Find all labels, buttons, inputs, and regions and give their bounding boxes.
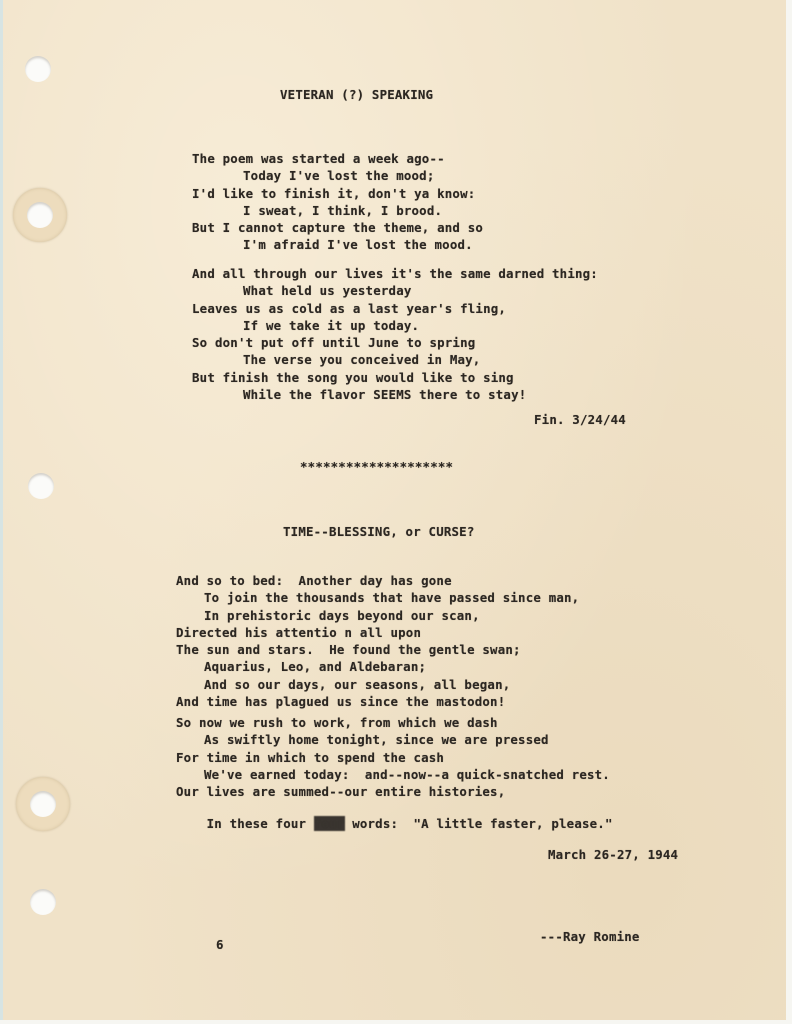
poem-line: And time has plagued us since the mastod… xyxy=(176,693,579,710)
scan-margin-right xyxy=(786,0,792,1024)
punch-hole-top xyxy=(25,56,51,82)
poem2-stanza2: So now we rush to work, from which we da… xyxy=(176,714,610,800)
poem-line: Aquarius, Leo, and Aldebaran; xyxy=(176,658,579,675)
section-separator: ******************** xyxy=(300,459,453,474)
poem-line: I'm afraid I've lost the mood. xyxy=(192,236,483,253)
poem-line: Today I've lost the mood; xyxy=(192,167,483,184)
poem-line: And so our days, our seasons, all began, xyxy=(176,676,579,693)
poem-line: In prehistoric days beyond our scan, xyxy=(176,607,579,624)
document-page: VETERAN (?) SPEAKING The poem was starte… xyxy=(0,0,786,1020)
struck-out-word: four xyxy=(314,816,345,831)
poem2-last-line: In these four four words: "A little fast… xyxy=(176,801,613,846)
poem-line: Directed his attentio n all upon xyxy=(176,624,579,641)
poem-line: But finish the song you would like to si… xyxy=(192,369,598,386)
poem-line: We've earned today: and--now--a quick-sn… xyxy=(176,766,610,783)
poem-line: So now we rush to work, from which we da… xyxy=(176,714,610,731)
poem2-date: March 26-27, 1944 xyxy=(548,847,678,862)
poem-line: The verse you conceived in May, xyxy=(192,351,598,368)
poem-line: To join the thousands that have passed s… xyxy=(176,589,579,606)
punch-hole-upper xyxy=(27,202,53,228)
punch-hole-middle xyxy=(28,473,54,499)
punch-hole-lower xyxy=(30,791,56,817)
author-signature: ---Ray Romine xyxy=(540,929,640,944)
poem-line: If we take it up today. xyxy=(192,317,598,334)
poem1-date: Fin. 3/24/44 xyxy=(534,412,626,427)
poem-line: But I cannot capture the theme, and so xyxy=(192,219,483,236)
poem1-stanza1: The poem was started a week ago--Today I… xyxy=(192,150,483,254)
poem-line: I'd like to finish it, don't ya know: xyxy=(192,185,483,202)
poem2-stanza1: And so to bed: Another day has goneTo jo… xyxy=(176,572,579,710)
poem-line: What held us yesterday xyxy=(192,282,598,299)
last-line-after: words: "A little faster, please." xyxy=(345,816,613,831)
poem-line: The sun and stars. He found the gentle s… xyxy=(176,641,579,658)
poem-line: I sweat, I think, I brood. xyxy=(192,202,483,219)
scan-margin-bottom xyxy=(0,1020,792,1024)
poem-line: As swiftly home tonight, since we are pr… xyxy=(176,731,610,748)
punch-hole-bottom xyxy=(30,889,56,915)
poem-line: The poem was started a week ago-- xyxy=(192,150,483,167)
page-number: 6 xyxy=(216,937,224,952)
poem-line: And so to bed: Another day has gone xyxy=(176,572,579,589)
poem-line: Our lives are summed--our entire histori… xyxy=(176,783,610,800)
poem-line: And all through our lives it's the same … xyxy=(192,265,598,282)
poem-line: For time in which to spend the cash xyxy=(176,749,610,766)
poem1-stanza2: And all through our lives it's the same … xyxy=(192,265,598,403)
poem2-title: TIME--BLESSING, or CURSE? xyxy=(283,524,475,539)
poem-line: While the flavor SEEMS there to stay! xyxy=(192,386,598,403)
poem-line: So don't put off until June to spring xyxy=(192,334,598,351)
last-line-before: In these four xyxy=(207,816,314,831)
poem1-title: VETERAN (?) SPEAKING xyxy=(280,87,433,102)
poem-line: Leaves us as cold as a last year's fling… xyxy=(192,300,598,317)
